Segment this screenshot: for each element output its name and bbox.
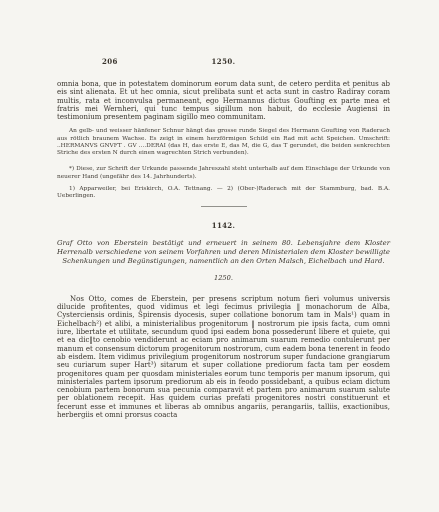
- page-header: 206 1250.: [57, 0, 390, 67]
- text-block: 206 1250. omnia bona, que in potestatem …: [57, 0, 390, 419]
- book-page: 206 1250. omnia bona, que in potestatem …: [0, 0, 439, 512]
- entry-1141-body-continuation: omnia bona, que in potestatem dominorum …: [57, 80, 390, 121]
- entry-number: 1142.: [57, 221, 390, 230]
- entry-1142-body: Nos Otto, comes de Eberstein, per presen…: [57, 295, 390, 419]
- footnotes-1-2: 1) Apparweiler, bei Eriskirch, O.A. Tett…: [57, 186, 390, 200]
- seal-description-note: An gelb- und weisser hänfener Schnur hän…: [57, 128, 390, 157]
- section-divider-rule: [201, 206, 247, 207]
- entry-date: 1250.: [57, 274, 390, 282]
- footnote-star: *) Diese, zur Schrift der Urkunde passen…: [57, 166, 390, 180]
- entry-summary-heading: Graf Otto von Eberstein bestätigt und er…: [57, 239, 390, 266]
- running-year-heading: 1250.: [57, 57, 390, 66]
